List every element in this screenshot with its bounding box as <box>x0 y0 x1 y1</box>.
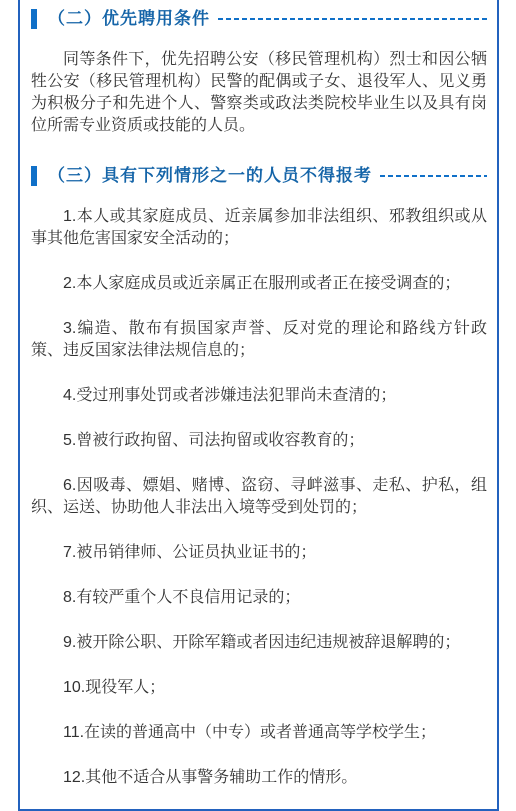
rule-item: 1.本人或其家庭成员、近亲属参加非法组织、邪教组织或从事其他危害国家安全活动的； <box>31 206 487 250</box>
rule-item: 7.被吊销律师、公证员执业证书的； <box>31 542 487 564</box>
rule-item: 3.编造、散布有损国家声誉、反对党的理论和路线方针政策、违反国家法律法规信息的； <box>31 318 487 362</box>
rule-item: 12.其他不适合从事警务辅助工作的情形。 <box>31 767 487 789</box>
section-heading-ineligible: （三）具有下列情形之一的人员不得报考 <box>31 165 487 187</box>
section-title: （二）优先聘用条件 <box>48 8 210 30</box>
rule-item: 5.曾被行政拘留、司法拘留或收容教育的； <box>31 430 487 452</box>
dashed-divider <box>380 175 487 177</box>
heading-accent-bar <box>31 9 37 29</box>
rule-item: 8.有较严重个人不良信用记录的； <box>31 587 487 609</box>
dashed-divider <box>218 18 487 20</box>
section-title: （三）具有下列情形之一的人员不得报考 <box>48 165 372 187</box>
rule-item: 11.在读的普通高中（中专）或者普通高等学校学生； <box>31 722 487 744</box>
section-heading-priority-hiring: （二）优先聘用条件 <box>31 8 487 30</box>
rule-item: 10.现役军人； <box>31 677 487 699</box>
rule-item: 2.本人家庭成员或近亲属正在服刑或者正在接受调查的； <box>31 273 487 295</box>
priority-hiring-paragraph: 同等条件下，优先招聘公安（移民管理机构）烈士和因公牺牲公安（移民管理机构）民警的… <box>31 49 487 137</box>
rule-item: 4.受过刑事处罚或者涉嫌违法犯罪尚未查清的； <box>31 385 487 407</box>
rule-item: 6.因吸毒、嫖娼、赌博、盗窃、寻衅滋事、走私、护私，组织、运送、协助他人非法出入… <box>31 475 487 519</box>
heading-accent-bar <box>31 166 37 186</box>
rule-item: 9.被开除公职、开除军籍或者因违纪违规被辞退解聘的； <box>31 632 487 654</box>
article-frame: （二）优先聘用条件 同等条件下，优先招聘公安（移民管理机构）烈士和因公牺牲公安（… <box>18 0 499 811</box>
